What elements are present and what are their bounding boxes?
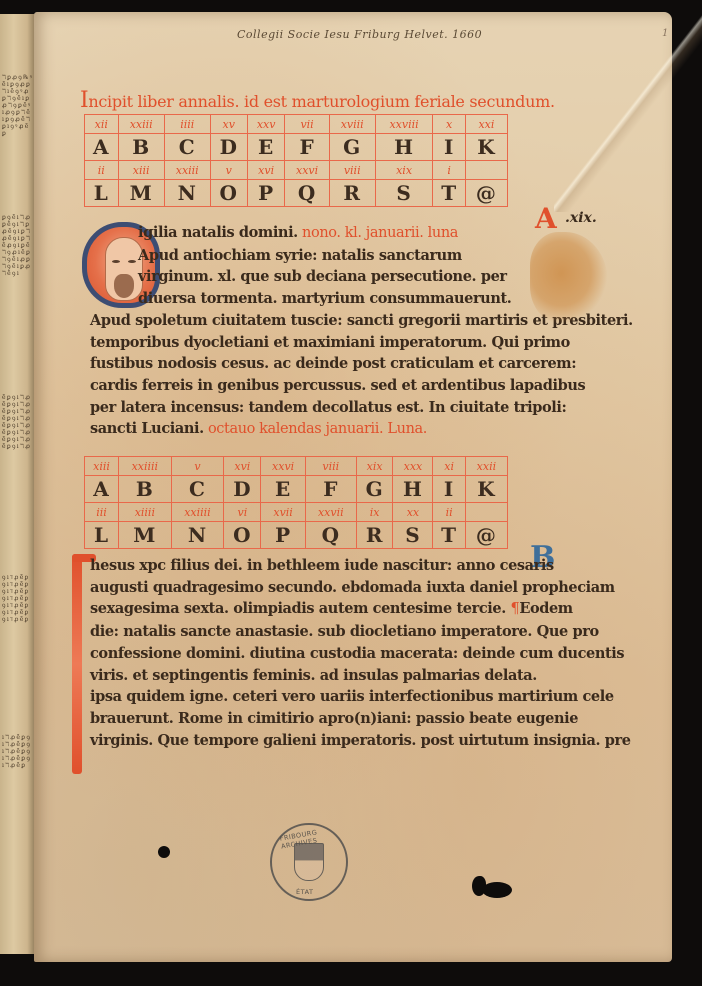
cell: F — [305, 476, 356, 503]
cell: xxi — [465, 115, 507, 134]
cell: x — [433, 115, 465, 134]
cell: I — [433, 134, 465, 161]
entry-2-text: hesus xpc filius dei. in bethleem iude n… — [90, 555, 520, 751]
cell — [465, 503, 507, 522]
text-line: hesus xpc filius dei. in bethleem iude n… — [90, 555, 520, 577]
folio-number: 1 — [662, 28, 668, 39]
text-line: augusti quadragesimo secundo. ebdomada i… — [90, 577, 520, 599]
cell: P — [247, 180, 285, 207]
cell: xxvi — [261, 457, 305, 476]
text-line: viris. et septingentis feminis. ad insul… — [90, 665, 520, 687]
cell: C — [164, 134, 210, 161]
stamp-text: ÉTAT — [296, 888, 314, 896]
text-line: igilia natalis domini. nono. kl. januari… — [90, 222, 520, 245]
text-line: fustibus nodosis cesus. ac deinde post c… — [90, 353, 520, 375]
cell: xvi — [247, 161, 285, 180]
spiral-ornament-icon: @ — [465, 180, 507, 207]
cell: xxv — [247, 115, 285, 134]
cell: T — [433, 522, 465, 549]
cell: xxvii — [305, 503, 356, 522]
cell: A — [85, 476, 119, 503]
cell: ii — [433, 503, 465, 522]
cell: M — [119, 522, 172, 549]
cell: O — [210, 180, 247, 207]
cell: E — [247, 134, 285, 161]
numbers-row: ii xiii xxiii v xvi xxvi viii xix i — [85, 161, 508, 180]
cell: i — [433, 161, 465, 180]
calendar-table-1: xii xxiii iiii xv xxv vii xviii xxviii x… — [84, 114, 508, 207]
cell: xi — [433, 457, 465, 476]
cell: xxiii — [118, 115, 164, 134]
archive-stamp: FRIBOURG ARCHIVES ÉTAT — [270, 823, 348, 901]
cell: xxviii — [375, 115, 433, 134]
cell: S — [375, 180, 433, 207]
margin-numeral: .xix. — [565, 210, 597, 226]
cell: D — [224, 476, 261, 503]
cell: ix — [356, 503, 393, 522]
cell: L — [85, 180, 119, 207]
letters-row: L M N O P Q R S T @ — [85, 180, 508, 207]
letters-row: A B C D E F G H I K — [85, 134, 508, 161]
text-line: brauerunt. Rome in cimitirio apro(n)iani… — [90, 708, 520, 730]
cell: H — [393, 476, 433, 503]
facing-page-text: ꝑ ꝯ ẽ ı ℸ ꝓ ꝑ ẽ ꝯ ı ℸ ꝑ ꝓ ẽ ꝯ ı ꝑ ℸ ꝓ ẽ … — [2, 214, 32, 277]
facing-page-text: ẽ ꝑ ꝯ ı ℸ ꝓ ẽ ꝑ ꝯ ı ℸ ꝓ ẽ ꝑ ꝯ ı ℸ ꝓ ẽ ꝑ … — [2, 394, 32, 450]
cell: D — [210, 134, 247, 161]
cell: vi — [224, 503, 261, 522]
text-span: igilia natalis domini. — [138, 224, 298, 241]
cell: xix — [375, 161, 433, 180]
cell: xvii — [261, 503, 305, 522]
cell: I — [433, 476, 465, 503]
corner-fold — [554, 12, 702, 212]
text-line: Apud antiochiam syrie: natalis sanctarum — [90, 245, 520, 267]
cell: H — [375, 134, 433, 161]
cell: K — [465, 476, 507, 503]
cell: xxx — [393, 457, 433, 476]
text-span: sancti Luciani. — [90, 420, 204, 437]
text-line: virginum. xl. que sub deciana persecutio… — [90, 266, 520, 288]
text-line: die: natalis sancte anastasie. sub diocl… — [90, 621, 520, 643]
cell: P — [261, 522, 305, 549]
cell: G — [329, 134, 375, 161]
cell: C — [171, 476, 224, 503]
cell: xix — [356, 457, 393, 476]
cell — [465, 161, 507, 180]
numbers-row: xii xxiii iiii xv xxv vii xviii xxviii x… — [85, 115, 508, 134]
parchment-hole — [158, 846, 170, 858]
text-line: virginis. Que tempore galieni imperatori… — [90, 730, 520, 752]
numbers-row: xiii xxiiii v xvi xxvi viii xix xxx xi x… — [85, 457, 508, 476]
cell: N — [171, 522, 224, 549]
cell: T — [433, 180, 465, 207]
text-line: sexagesima sexta. olimpiadis autem cente… — [90, 598, 520, 621]
cell: E — [261, 476, 305, 503]
cell: iii — [85, 503, 119, 522]
cell: xxii — [465, 457, 507, 476]
text-line: Apud spoletum ciuitatem tuscie: sancti g… — [90, 310, 520, 332]
cell: K — [465, 134, 507, 161]
cell: G — [356, 476, 393, 503]
cell: M — [118, 180, 164, 207]
cell: R — [329, 180, 375, 207]
rubric-span: octauo kalendas januarii. Luna. — [204, 421, 427, 437]
cell: L — [85, 522, 119, 549]
text-line: sancti Luciani. octauo kalendas januarii… — [90, 418, 520, 441]
numbers-row: iii xiiii xxiiii vi xvii xxvii ix xx ii — [85, 503, 508, 522]
cell: xii — [85, 115, 119, 134]
cell: xxiiii — [171, 503, 224, 522]
cell: N — [164, 180, 210, 207]
heading-text: ncipit liber annalis. id est marturologi… — [88, 92, 554, 111]
entry-1-text: igilia natalis domini. nono. kl. januari… — [90, 222, 520, 441]
cell: A — [85, 134, 119, 161]
cell: xiiii — [119, 503, 172, 522]
cell: xviii — [329, 115, 375, 134]
cell: O — [224, 522, 261, 549]
cell: iiii — [164, 115, 210, 134]
rubric-span: nono. kl. januarii. luna — [298, 225, 458, 241]
cell: xxiii — [164, 161, 210, 180]
rubric-initial-i — [72, 554, 82, 774]
text-line: ipsa quidem igne. ceteri vero uariis int… — [90, 686, 520, 708]
cell: ii — [85, 161, 119, 180]
cell: xv — [210, 115, 247, 134]
cell: B — [118, 134, 164, 161]
text-line: temporibus dyocletiani et maximiani impe… — [90, 332, 520, 354]
cell: xxiiii — [119, 457, 172, 476]
cell: xvi — [224, 457, 261, 476]
letters-row: A B C D E F G H I K — [85, 476, 508, 503]
facing-page-edge: ℸ ꝑ ꝓ ꝯ ℞ ꝰ ẽ ı ꝑ ꝯ ꝓ ꝑ ℸ ı ẽ ꝯ ꝰ ꝓ ꝑ ℸ … — [0, 14, 36, 954]
cell: xiii — [85, 457, 119, 476]
cell: B — [119, 476, 172, 503]
cell: Q — [285, 180, 329, 207]
text-line: cardis ferreis in genibus percussus. sed… — [90, 375, 520, 397]
facing-page-text: ꝯ ı ℸ ꝓ ẽ ꝑ ꝯ ı ℸ ꝓ ẽ ꝑ ꝯ ı ℸ ꝓ ẽ ꝑ ꝯ ı … — [2, 574, 32, 623]
cell: vii — [285, 115, 329, 134]
spiral-ornament-icon: @ — [465, 522, 507, 549]
cell: S — [393, 522, 433, 549]
margin-letter-a: A — [535, 202, 557, 235]
text-line: diuersa tormenta. martyrium consummaueru… — [90, 288, 520, 310]
letters-row: L M N O P Q R S T @ — [85, 522, 508, 549]
cell: v — [210, 161, 247, 180]
ownership-note: Collegii Socie Iesu Friburg Helvet. 1660 — [237, 28, 482, 41]
cell: xx — [393, 503, 433, 522]
facing-page-text: ı ℸ ꝓ ẽ ꝑ ꝯ ı ℸ ꝓ ẽ ꝑ ꝯ ı ℸ ꝓ ẽ ꝑ ꝯ ı ℸ … — [2, 734, 32, 769]
cell: R — [356, 522, 393, 549]
cell: Q — [305, 522, 356, 549]
cell: xxvi — [285, 161, 329, 180]
rubric-heading: Incipit liber annalis. id est marturolog… — [80, 88, 555, 113]
facing-page-text: ℸ ꝑ ꝓ ꝯ ℞ ꝰ ẽ ı ꝑ ꝯ ꝓ ꝑ ℸ ı ẽ ꝯ ꝰ ꝓ ꝑ ℸ … — [2, 74, 32, 137]
parchment-hole — [482, 882, 512, 898]
calendar-table-2: xiii xxiiii v xvi xxvi viii xix xxx xi x… — [84, 456, 508, 549]
cell: F — [285, 134, 329, 161]
fribourg-shield-icon — [294, 843, 324, 881]
text-line: confessione domini. diutina custodia mac… — [90, 643, 520, 665]
text-span: sexagesima sexta. olimpiadis autem cente… — [90, 600, 510, 617]
paragraph-mark-icon: ¶ — [510, 601, 519, 617]
cell: viii — [305, 457, 356, 476]
text-line: per latera incensus: tandem decollatus e… — [90, 397, 520, 419]
cell: v — [171, 457, 224, 476]
cell: viii — [329, 161, 375, 180]
text-span: Eodem — [519, 600, 572, 617]
cell: xiii — [118, 161, 164, 180]
